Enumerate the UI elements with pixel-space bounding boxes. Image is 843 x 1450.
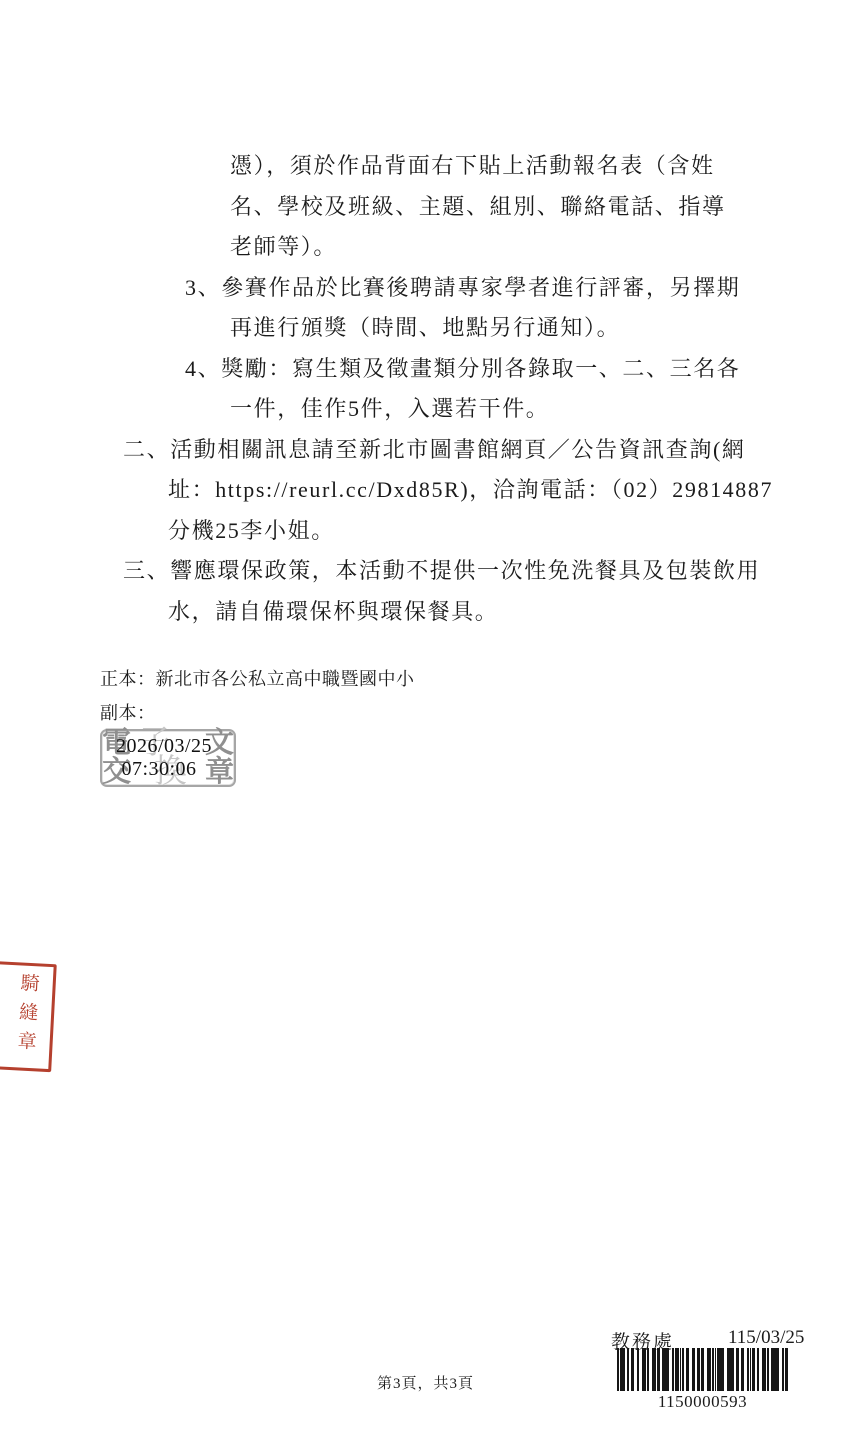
original-recipient: 正本：新北市各公私立高中職暨國中小 — [100, 665, 415, 691]
body-line: 一件，佳作5件，入選若干件。 — [230, 389, 835, 430]
body-line-item-2: 二、活動相關訊息請至新北市圖書館網頁／公告資訊查詢(網 — [123, 430, 835, 471]
stamp-time: 07:30:06 — [102, 758, 234, 780]
copy-recipient-label: 副本： — [100, 699, 156, 725]
body-line: 名、學校及班級、主題、組別、聯絡電話、指導 — [230, 187, 835, 228]
page-number: 第3頁，共3頁 — [377, 1372, 474, 1393]
stamp-date: 2026/03/25 — [102, 735, 234, 757]
body-line-url: 址：https://reurl.cc/Dxd85R)，洽詢電話：（02）2981… — [168, 470, 835, 511]
barcode-number: 1150000593 — [617, 1392, 788, 1412]
barcode — [617, 1348, 788, 1391]
body-line: 再進行頒獎（時間、地點另行通知）。 — [230, 308, 835, 349]
document-date: 115/03/25 — [728, 1327, 804, 1349]
body-line: 分機25李小姐。 — [168, 511, 835, 552]
body-line: 憑），須於作品背面右下貼上活動報名表（含姓 — [230, 146, 835, 187]
electronic-exchange-stamp: 電 文 交 章 子 換 2026/03/25 07:30:06 — [100, 729, 236, 787]
body-line: 水，請自備環保杯與環保餐具。 — [168, 592, 835, 633]
body-line-item-3: 3、參賽作品於比賽後聘請專家學者進行評審，另擇期 — [185, 268, 835, 309]
seam-seal-stamp: 騎縫章 — [0, 960, 57, 1072]
document-page: 憑），須於作品背面右下貼上活動報名表（含姓 名、學校及班級、主題、組別、聯絡電話… — [0, 0, 843, 1450]
seam-seal-text: 騎縫章 — [15, 972, 39, 1060]
body-line-item-4: 4、獎勵：寫生類及徵畫類分別各錄取一、二、三名各 — [185, 349, 835, 390]
body-line: 老師等）。 — [230, 227, 835, 268]
body-text-block: 憑），須於作品背面右下貼上活動報名表（含姓 名、學校及班級、主題、組別、聯絡電話… — [123, 146, 835, 632]
body-line-item-3-env: 三、響應環保政策，本活動不提供一次性免洗餐具及包裝飲用 — [123, 551, 835, 592]
